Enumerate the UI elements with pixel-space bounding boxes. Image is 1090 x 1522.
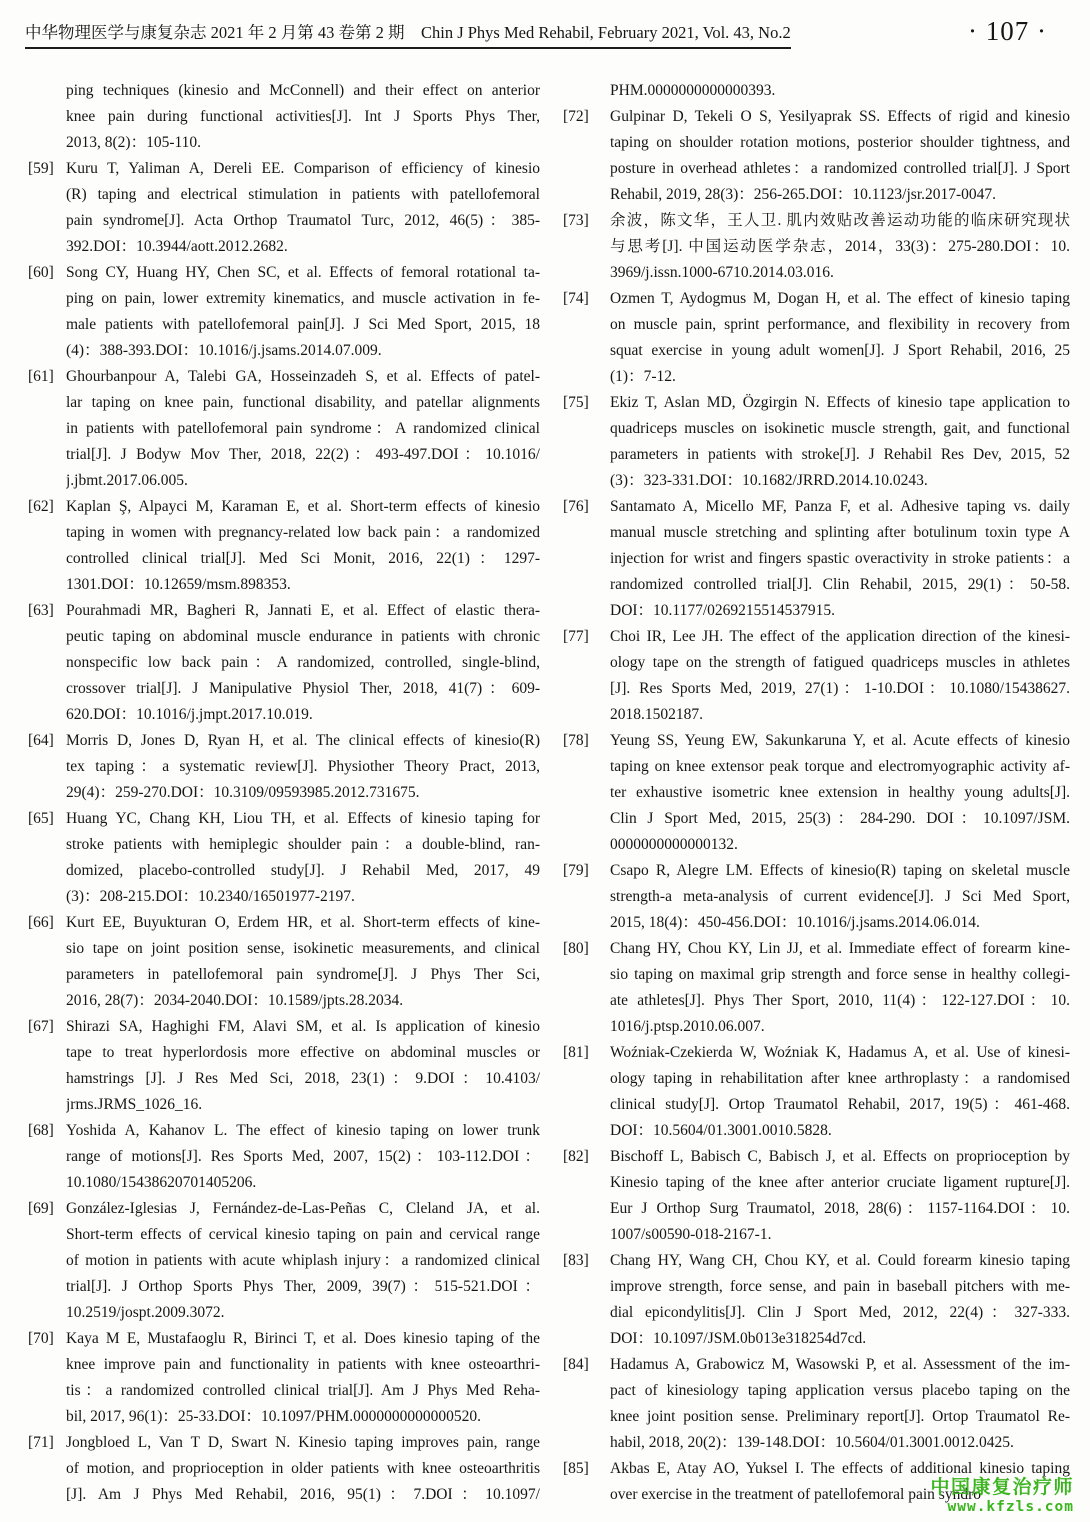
reference-line: tape to treat hyperlordosis more effecti… [66,1040,540,1066]
reference-number: [76] [563,494,589,520]
reference-item: [68]Yoshida A, Kahanov L. The effect of … [28,1118,540,1196]
reference-line: Kaya M E, Mustafaoglu R, Birinci T, et a… [66,1326,540,1352]
reference-line: domized, placebo-controlled study[J]. J … [66,858,540,884]
reference-line: 与思考[J]. 中国运动医学杂志，2014，33(3)：275-280.DOI：… [610,234,1070,260]
reference-line: 1301.DOI：10.12659/msm.898353. [66,572,540,598]
reference-line: Ghourbanpour A, Talebi GA, Hosseinzadeh … [66,364,540,390]
reference-line: bil, 2017, 96(1)：25-33.DOI：10.1097/PHM.0… [66,1404,540,1430]
reference-number: [81] [563,1040,589,1066]
reference-line: of motion, and proprioception in older p… [66,1456,540,1482]
reference-item: [76]Santamato A, Micello MF, Panza F, et… [563,494,1070,624]
reference-line: Rehabil, 2019, 28(3)：256-265.DOI：10.1123… [610,182,1070,208]
reference-line: Chang HY, Chou KY, Lin JJ, et al. Immedi… [610,936,1070,962]
reference-line: DOI：10.5604/01.3001.0010.5828. [610,1118,1070,1144]
reference-line: taping in women with pregnancy-related l… [66,520,540,546]
reference-number: [69] [28,1196,54,1222]
reference-item: [83]Chang HY, Wang CH, Chou KY, et al. C… [563,1248,1070,1352]
reference-line: Chang HY, Wang CH, Chou KY, et al. Could… [610,1248,1070,1274]
reference-item: [64]Morris D, Jones D, Ryan H, et al. Th… [28,728,540,806]
reference-number: [64] [28,728,54,754]
reference-number: [82] [563,1144,589,1170]
reference-line: j.jbmt.2017.06.005. [66,468,540,494]
reference-line: posture in overhead athletes：a randomize… [610,156,1070,182]
reference-line: Woźniak-Czekierda W, Woźniak K, Hadamus … [610,1040,1070,1066]
reference-line: Ekiz T, Aslan MD, Özgirgin N. Effects of… [610,390,1070,416]
reference-line: Kaplan Ş, Alpayci M, Karaman E, et al. S… [66,494,540,520]
reference-line: 1016/j.ptsp.2010.06.007. [610,1014,1070,1040]
reference-line: on muscle pain, sprint performance, and … [610,312,1070,338]
reference-line: 10.1080/15438620701405206. [66,1170,540,1196]
reference-number: [83] [563,1248,589,1274]
reference-line: sio taping on maximal grip strength and … [610,962,1070,988]
reference-line: Clin J Sport Med, 2015, 25(3)：284-290. D… [610,806,1070,832]
reference-item: ping techniques (kinesio and McConnell) … [28,78,540,156]
reference-line: ter exhaustive isometric knee extension … [610,780,1070,806]
reference-line: Bischoff L, Babisch C, Babisch J, et al.… [610,1144,1070,1170]
reference-line: ology taping in rehabilitation after kne… [610,1066,1070,1092]
reference-item: [72]Gulpinar D, Tekeli O S, Yesilyaprak … [563,104,1070,208]
reference-number: [59] [28,156,54,182]
reference-line: 392.DOI：10.3944/aott.2012.2682. [66,234,540,260]
reference-number: [67] [28,1014,54,1040]
reference-number: [74] [563,286,589,312]
reference-line: tex taping：a systematic review[J]. Physi… [66,754,540,780]
reference-item: [71]Jongbloed L, Van T D, Swart N. Kines… [28,1430,540,1508]
reference-number: [68] [28,1118,54,1144]
reference-line: injection for wrist and fingers spastic … [610,546,1070,572]
reference-line: 620.DOI：10.1016/j.jmpt.2017.10.019. [66,702,540,728]
reference-line: knee improve pain and functionality in p… [66,1352,540,1378]
reference-line: Short-term effects of cervical kinesio t… [66,1222,540,1248]
reference-line: manual muscle stretching and splinting a… [610,520,1070,546]
watermark-title: 中国康复治疗师 [930,1477,1074,1499]
reference-line: (1)：7-12. [610,364,1070,390]
reference-number: [73] [563,208,589,234]
reference-number: [61] [28,364,54,390]
reference-number: [80] [563,936,589,962]
reference-line: 10.2519/jospt.2009.3072. [66,1300,540,1326]
reference-number: [60] [28,260,54,286]
reference-item: [74]Ozmen T, Aydogmus M, Dogan H, et al.… [563,286,1070,390]
reference-line: controlled clinical trial[J]. Med Sci Mo… [66,546,540,572]
journal-title-line: 中华物理医学与康复杂志 2021 年 2 月第 43 卷第 2 期 Chin J… [25,22,791,49]
reference-item: [66]Kurt EE, Buyukturan O, Erdem HR, et … [28,910,540,1014]
reference-line: González-Iglesias J, Fernández-de-Las-Pe… [66,1196,540,1222]
reference-line: 3969/j.issn.1000-6710.2014.03.016. [610,260,1070,286]
reference-line: Kinesio taping of the knee after anterio… [610,1170,1070,1196]
reference-line: range of motions[J]. Res Sports Med, 200… [66,1144,540,1170]
reference-number: [79] [563,858,589,884]
reference-line: taping on knee extensor peak torque and … [610,754,1070,780]
reference-line: lar taping on knee pain, functional disa… [66,390,540,416]
reference-number: [70] [28,1326,54,1352]
reference-line: crossover trial[J]. J Manipulative Physi… [66,676,540,702]
reference-line: 1007/s00590-018-2167-1. [610,1222,1070,1248]
reference-line: hamstrings [J]. J Res Med Sci, 2018, 23(… [66,1066,540,1092]
reference-item: [84]Hadamus A, Grabowicz M, Wasowski P, … [563,1352,1070,1456]
reference-line: Jongbloed L, Van T D, Swart N. Kinesio t… [66,1430,540,1456]
reference-item: [63]Pourahmadi MR, Bagheri R, Jannati E,… [28,598,540,728]
references-column-left: ping techniques (kinesio and McConnell) … [28,78,540,1508]
reference-line: DOI：10.1177/0269215514537915. [610,598,1070,624]
reference-line: parameters in patellofemoral pain syndro… [66,962,540,988]
journal-page: 中华物理医学与康复杂志 2021 年 2 月第 43 卷第 2 期 Chin J… [0,0,1090,1522]
reference-item: [75]Ekiz T, Aslan MD, Özgirgin N. Effect… [563,390,1070,494]
reference-item: [70]Kaya M E, Mustafaoglu R, Birinci T, … [28,1326,540,1430]
reference-line: (3)：323-331.DOI：10.1682/JRRD.2014.10.024… [610,468,1070,494]
reference-line: trial[J]. J Orthop Sports Phys Ther, 200… [66,1274,540,1300]
reference-line: squat exercise in young adult women[J]. … [610,338,1070,364]
reference-line: 2015, 18(4)：450-456.DOI：10.1016/j.jsams.… [610,910,1070,936]
reference-item: [82]Bischoff L, Babisch C, Babisch J, et… [563,1144,1070,1248]
reference-line: peutic taping on abdominal muscle endura… [66,624,540,650]
reference-number: [62] [28,494,54,520]
reference-line: Ozmen T, Aydogmus M, Dogan H, et al. The… [610,286,1070,312]
reference-line: (3)：208-215.DOI：10.2340/16501977-2197. [66,884,540,910]
reference-item: [62]Kaplan Ş, Alpayci M, Karaman E, et a… [28,494,540,598]
reference-item: [78]Yeung SS, Yeung EW, Sakunkaruna Y, e… [563,728,1070,858]
reference-line: knee joint position sense. Preliminary r… [610,1404,1070,1430]
reference-line: Santamato A, Micello MF, Panza F, et al.… [610,494,1070,520]
reference-line: Yoshida A, Kahanov L. The effect of kine… [66,1118,540,1144]
reference-line: Kuru T, Yaliman A, Dereli EE. Comparison… [66,156,540,182]
reference-line: ping techniques (kinesio and McConnell) … [66,78,540,104]
reference-number: [66] [28,910,54,936]
reference-line: Hadamus A, Grabowicz M, Wasowski P, et a… [610,1352,1070,1378]
reference-item: [69]González-Iglesias J, Fernández-de-La… [28,1196,540,1326]
reference-item: [81]Woźniak-Czekierda W, Woźniak K, Hada… [563,1040,1070,1144]
reference-line: quadriceps muscles on isokinetic muscle … [610,416,1070,442]
reference-line: pact of kinesiology taping application v… [610,1378,1070,1404]
reference-line: 2018.1502187. [610,702,1070,728]
reference-line: 29(4)：259-270.DOI：10.3109/09593985.2012.… [66,780,540,806]
reference-line: nonspecific low back pain：A randomized, … [66,650,540,676]
reference-line: [J]. Am J Phys Med Rehabil, 2016, 95(1)：… [66,1482,540,1508]
reference-line: randomized controlled trial[J]. Clin Reh… [610,572,1070,598]
reference-item: [77]Choi IR, Lee JH. The effect of the a… [563,624,1070,728]
reference-number: [72] [563,104,589,130]
reference-line: Choi IR, Lee JH. The effect of the appli… [610,624,1070,650]
reference-line: male patients with patellofemoral pain[J… [66,312,540,338]
reference-line: dial epicondylitis[J]. Clin J Sport Med,… [610,1300,1070,1326]
reference-number: [63] [28,598,54,624]
reference-line: 2013, 8(2)：105-110. [66,130,540,156]
reference-line: of motion in patients with acute whiplas… [66,1248,540,1274]
reference-item: [79]Csapo R, Alegre LM. Effects of kines… [563,858,1070,936]
reference-line: Huang YC, Chang KH, Liou TH, et al. Effe… [66,806,540,832]
reference-line: Yeung SS, Yeung EW, Sakunkaruna Y, et al… [610,728,1070,754]
reference-line: ology tape on the strength of fatigued q… [610,650,1070,676]
reference-line: sio tape on joint position sense, isokin… [66,936,540,962]
reference-line: Gulpinar D, Tekeli O S, Yesilyaprak SS. … [610,104,1070,130]
reference-line: Pourahmadi MR, Bagheri R, Jannati E, et … [66,598,540,624]
reference-number: [75] [563,390,589,416]
reference-item: [73]余波，陈文华，王人卫. 肌内效贴改善运动功能的临床研究现状与思考[J].… [563,208,1070,286]
reference-line: habil, 2018, 20(2)：139-148.DOI：10.5604/0… [610,1430,1070,1456]
reference-line: stroke patients with hemiplegic shoulder… [66,832,540,858]
reference-line: clinical study[J]. Ortop Traumatol Rehab… [610,1092,1070,1118]
reference-line: (R) taping and electrical stimulation in… [66,182,540,208]
reference-line: DOI：10.1097/JSM.0b013e318254d7cd. [610,1326,1070,1352]
reference-line: ping on pain, lower extremity kinematics… [66,286,540,312]
reference-number: [84] [563,1352,589,1378]
reference-line: strength-a meta-analysis of current evid… [610,884,1070,910]
reference-item: [61]Ghourbanpour A, Talebi GA, Hosseinza… [28,364,540,494]
reference-item: [59]Kuru T, Yaliman A, Dereli EE. Compar… [28,156,540,260]
reference-number: [71] [28,1430,54,1456]
reference-line: knee pain during functional activities[J… [66,104,540,130]
reference-line: parameters in patients with stroke[J]. J… [610,442,1070,468]
reference-line: 0000000000000132. [610,832,1070,858]
reference-line: Kurt EE, Buyukturan O, Erdem HR, et al. … [66,910,540,936]
reference-line: Csapo R, Alegre LM. Effects of kinesio(R… [610,858,1070,884]
reference-line: trial[J]. J Bodyw Mov Ther, 2018, 22(2)：… [66,442,540,468]
reference-line: improve strength, force sense, and pain … [610,1274,1070,1300]
reference-item: [80]Chang HY, Chou KY, Lin JJ, et al. Im… [563,936,1070,1040]
reference-line: Shirazi SA, Haghighi FM, Alavi SM, et al… [66,1014,540,1040]
reference-item: [65]Huang YC, Chang KH, Liou TH, et al. … [28,806,540,910]
reference-number: [65] [28,806,54,832]
reference-line: 余波，陈文华，王人卫. 肌内效贴改善运动功能的临床研究现状 [610,208,1070,234]
reference-number: [78] [563,728,589,754]
reference-number: [85] [563,1456,589,1482]
reference-line: (4)：388-393.DOI：10.1016/j.jsams.2014.07.… [66,338,540,364]
watermark: 中国康复治疗师 www.kfzls.com [930,1477,1074,1516]
reference-number: [77] [563,624,589,650]
watermark-url: www.kfzls.com [930,1499,1074,1516]
page-header: 中华物理医学与康复杂志 2021 年 2 月第 43 卷第 2 期 Chin J… [25,22,1065,56]
reference-line: ate athletes[J]. Phys Ther Sport, 2010, … [610,988,1070,1014]
reference-item: PHM.0000000000000393. [563,78,1070,104]
reference-line: Song CY, Huang HY, Chen SC, et al. Effec… [66,260,540,286]
reference-line: tis：a randomized controlled clinical tri… [66,1378,540,1404]
reference-line: Eur J Orthop Surg Traumatol, 2018, 28(6)… [610,1196,1070,1222]
reference-line: taping on shoulder rotation motions, pos… [610,130,1070,156]
reference-item: [60]Song CY, Huang HY, Chen SC, et al. E… [28,260,540,364]
reference-item: [67]Shirazi SA, Haghighi FM, Alavi SM, e… [28,1014,540,1118]
reference-line: 2016, 28(7)：2034-2040.DOI：10.1589/jpts.2… [66,988,540,1014]
page-number: · 107 · [968,16,1047,46]
reference-line: [J]. Res Sports Med, 2019, 27(1)：1-10.DO… [610,676,1070,702]
reference-line: pain syndrome[J]. Acta Orthop Traumatol … [66,208,540,234]
reference-line: PHM.0000000000000393. [610,78,1070,104]
reference-line: in patients with patellofemoral pain syn… [66,416,540,442]
reference-line: Morris D, Jones D, Ryan H, et al. The cl… [66,728,540,754]
reference-line: jrms.JRMS_1026_16. [66,1092,540,1118]
references-column-right: PHM.0000000000000393.[72]Gulpinar D, Tek… [563,78,1070,1508]
